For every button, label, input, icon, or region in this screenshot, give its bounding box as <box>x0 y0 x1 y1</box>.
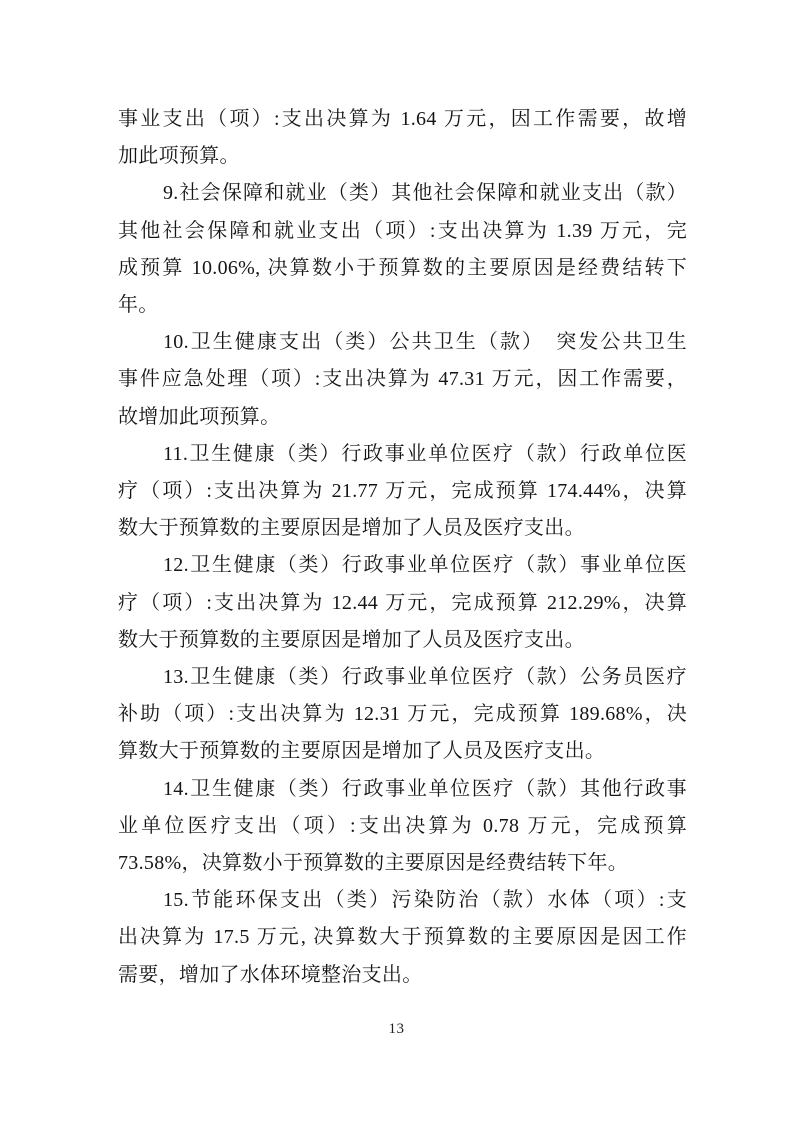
paragraph-line: 加此项预算。 <box>118 138 687 175</box>
document-page: 事业支出（项）:支出决算为 1.64 万元，因工作需要，故增 加此项预算。 9.… <box>0 0 793 1122</box>
paragraph: 15.节能环保支出（类）污染防治（款）水体（项）:支 出决算为 17.5 万元,… <box>118 882 687 994</box>
paragraph-line: 11.卫生健康（类）行政事业单位医疗（款）行政单位医 <box>118 436 687 473</box>
paragraph-line: 成预算 10.06%, 决算数小于预算数的主要原因是经费结转下 <box>118 250 687 287</box>
paragraph-line: 9.社会保障和就业（类）其他社会保障和就业支出（款） <box>118 175 687 212</box>
paragraph-line: 73.58%，决算数小于预算数的主要原因是经费结转下年。 <box>118 845 687 882</box>
paragraph-line: 出决算为 17.5 万元, 决算数大于预算数的主要原因是因工作 <box>118 919 687 956</box>
paragraph-line: 事件应急处理（项）:支出决算为 47.31 万元，因工作需要， <box>118 361 687 398</box>
paragraph-line: 10.卫生健康支出（类）公共卫生（款） 突发公共卫生 <box>118 324 687 361</box>
paragraph-line: 算数大于预算数的主要原因是增加了人员及医疗支出。 <box>118 733 687 770</box>
paragraph-line: 12.卫生健康（类）行政事业单位医疗（款）事业单位医 <box>118 547 687 584</box>
paragraph-line: 疗（项）:支出决算为 12.44 万元，完成预算 212.29%，决算 <box>118 585 687 622</box>
paragraph: 12.卫生健康（类）行政事业单位医疗（款）事业单位医 疗（项）:支出决算为 12… <box>118 547 687 659</box>
paragraph: 14.卫生健康（类）行政事业单位医疗（款）其他行政事 业单位医疗支出（项）:支出… <box>118 771 687 883</box>
paragraph-line: 疗（项）:支出决算为 21.77 万元，完成预算 174.44%，决算 <box>118 473 687 510</box>
paragraph: 10.卫生健康支出（类）公共卫生（款） 突发公共卫生 事件应急处理（项）:支出决… <box>118 324 687 436</box>
paragraph-line: 补助（项）:支出决算为 12.31 万元，完成预算 189.68%，决 <box>118 696 687 733</box>
paragraph-line: 需要，增加了水体环境整治支出。 <box>118 957 687 994</box>
paragraph-line: 其他社会保障和就业支出（项）:支出决算为 1.39 万元，完 <box>118 213 687 250</box>
paragraph: 事业支出（项）:支出决算为 1.64 万元，因工作需要，故增 加此项预算。 <box>118 101 687 175</box>
paragraph-line: 15.节能环保支出（类）污染防治（款）水体（项）:支 <box>118 882 687 919</box>
document-body: 事业支出（项）:支出决算为 1.64 万元，因工作需要，故增 加此项预算。 9.… <box>118 101 687 994</box>
paragraph-line: 13.卫生健康（类）行政事业单位医疗（款）公务员医疗 <box>118 659 687 696</box>
paragraph-line: 14.卫生健康（类）行政事业单位医疗（款）其他行政事 <box>118 771 687 808</box>
paragraph-line: 事业支出（项）:支出决算为 1.64 万元，因工作需要，故增 <box>118 101 687 138</box>
paragraph-line: 年。 <box>118 287 687 324</box>
page-number: 13 <box>0 1021 793 1037</box>
paragraph-line: 业单位医疗支出（项）:支出决算为 0.78 万元，完成预算 <box>118 808 687 845</box>
paragraph: 9.社会保障和就业（类）其他社会保障和就业支出（款） 其他社会保障和就业支出（项… <box>118 175 687 324</box>
paragraph: 13.卫生健康（类）行政事业单位医疗（款）公务员医疗 补助（项）:支出决算为 1… <box>118 659 687 771</box>
paragraph-line: 数大于预算数的主要原因是增加了人员及医疗支出。 <box>118 622 687 659</box>
paragraph: 11.卫生健康（类）行政事业单位医疗（款）行政单位医 疗（项）:支出决算为 21… <box>118 436 687 548</box>
paragraph-line: 数大于预算数的主要原因是增加了人员及医疗支出。 <box>118 510 687 547</box>
paragraph-line: 故增加此项预算。 <box>118 399 687 436</box>
